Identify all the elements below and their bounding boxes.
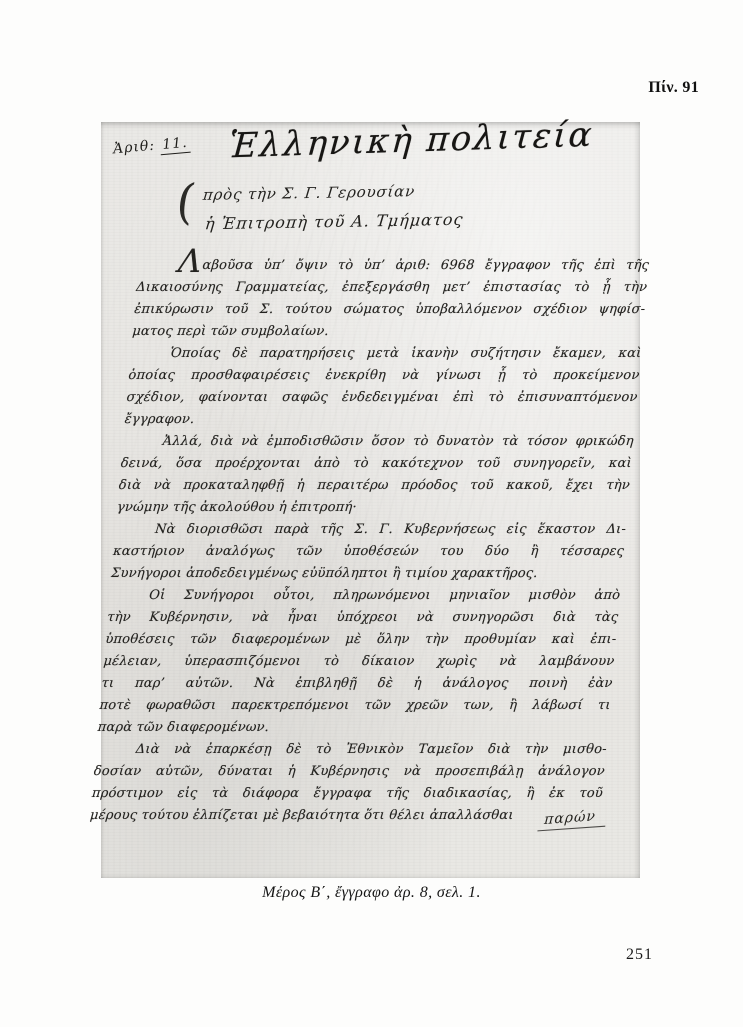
dropcap-letter: Λ [177, 242, 204, 280]
manuscript-line: Ἀλλά, διὰ νὰ ἐμποδισθῶσιν ὅσον τὸ δυνατὸ… [122, 431, 635, 453]
manuscript-line: παρὰ τῶν διαφερομένων. [97, 717, 610, 739]
manuscript-line: πρόστιμον εἰς τὰ διάφορα ἔγγραφα τῆς δια… [91, 783, 604, 805]
plate-label: Πίν. 91 [648, 79, 699, 97]
figure-caption: Μέρος Β΄, ἔγγραφο ἀρ. 8, σελ. 1. [0, 884, 743, 902]
manuscript-title: Ἑλληνικὴ πολιτεία [228, 114, 631, 167]
manuscript-paragraph: Νὰ διορισθῶσι παρὰ τῆς Σ. Γ. Κυβερνήσεως… [110, 519, 627, 585]
manuscript-line: Οἱ Συνήγοροι οὗτοι, πληρωνόμενοι μηνιαῖο… [108, 585, 621, 607]
manuscript-line: ὁποίας προσθαφαιρέσεις ἐνεκρίθη νὰ γίνωσ… [127, 365, 640, 387]
manuscript-paragraph: Ἀλλά, διὰ νὰ ἐμποδισθῶσιν ὅσον τὸ δυνατὸ… [116, 431, 635, 519]
sender-line: ἡ Ἐπιτροπὴ τοῦ Α. Τμήματος [204, 210, 464, 234]
manuscript-line: Δικαιοσύνης Γραμματείας, ἐπεξεργάσθη μετ… [135, 277, 648, 299]
manuscript-paragraph: Ὁποίας δὲ παρατηρήσεις μετὰ ἱκανὴν συζήτ… [124, 343, 643, 431]
manuscript-line: ἐπικύρωσιν τοῦ Σ. τούτου σώματος ὑποβαλλ… [133, 299, 646, 321]
manuscript-line: ποτὲ φωραθῶσι παρεκτρεπόμενοι τῶν χρεῶν … [99, 695, 612, 717]
manuscript-line: τι παρ’ αὐτῶν. Νὰ ἐπιβληθῇ δὲ ἡ ἀνάλογος… [101, 673, 614, 695]
manuscript-paragraph: Οἱ Συνήγοροι οὗτοι, πληρωνόμενοι μηνιαῖο… [97, 585, 621, 739]
manuscript-line: Νὰ διορισθῶσι παρὰ τῆς Σ. Γ. Κυβερνήσεως… [114, 519, 627, 541]
manuscript-line: Ὁποίας δὲ παρατηρήσεις μετὰ ἱκανὴν συζήτ… [129, 343, 642, 365]
manuscript-line: μέλειαν, ὑπερασπιζόμενοι τὸ δίκαιον χωρὶ… [102, 651, 615, 673]
document-number-value: 11. [160, 135, 191, 155]
page-number: 251 [626, 946, 653, 964]
manuscript-line: γνώμην τῆς ἀκολούθου ἡ ἐπιτροπή· [116, 497, 629, 519]
recipient-line: πρὸς τὴν Σ. Γ. Γερουσίαν [202, 182, 416, 204]
manuscript-line: δεινά, ὅσα προέρχονται ἀπὸ τὸ κακότεχνον… [120, 453, 633, 475]
manuscript-line: ματος περὶ τῶν συμβολαίων. [131, 321, 644, 343]
manuscript-line: ὑποθέσεις τῶν διαφερομένων μὲ ὅλην τὴν π… [104, 629, 617, 651]
flourish-parenthesis: ( [173, 172, 199, 231]
manuscript-line: δοσίαν αὐτῶν, δύναται ἡ Κυβέρνησις νὰ πρ… [93, 761, 606, 783]
catchword: παρών [538, 808, 607, 832]
manuscript-line: Λαβοῦσα ὑπ’ ὄψιν τὸ ὑπ’ ἀριθ: 6968 ἔγγρα… [137, 255, 650, 277]
manuscript-scan: Ἀριθ: 11. Ἑλληνικὴ πολιτεία ( πρὸς τὴν Σ… [101, 122, 640, 878]
manuscript-line: τὴν Κυβέρνησιν, νὰ ἦναι ὑπόχρεοι νὰ συνη… [106, 607, 619, 629]
manuscript-line: ἔγγραφον. [124, 409, 637, 431]
document-number: Ἀριθ: 11. [112, 135, 190, 158]
manuscript-line: μέρους τούτου ἐλπίζεται μὲ βεβαιότητα ὅτ… [89, 805, 602, 827]
manuscript-paragraph: Λαβοῦσα ὑπ’ ὄψιν τὸ ὑπ’ ἀριθ: 6968 ἔγγρα… [131, 255, 650, 343]
manuscript-body: Λαβοῦσα ὑπ’ ὄψιν τὸ ὑπ’ ἀριθ: 6968 ἔγγρα… [89, 255, 650, 827]
manuscript-line: Διὰ νὰ ἐπαρκέσῃ δὲ τὸ Ἐθνικὸν Ταμεῖον δι… [95, 739, 608, 761]
manuscript-paragraph: Διὰ νὰ ἐπαρκέσῃ δὲ τὸ Ἐθνικὸν Ταμεῖον δι… [89, 739, 608, 827]
manuscript-line: καστήριον ἀναλόγως τῶν ὑποθέσεών του δύο… [112, 541, 625, 563]
manuscript-line: Συνήγοροι ἀποδεδειγμένως εὐϋπόληπτοι ἢ τ… [110, 563, 623, 585]
manuscript-line: διὰ νὰ προκαταληφθῇ ἡ περαιτέρω πρόοδος … [118, 475, 631, 497]
document-number-label: Ἀριθ: [112, 138, 155, 158]
manuscript-line: σχέδιον, φαίνονται σαφῶς ἐνδεδειγμέναι ἐ… [126, 387, 639, 409]
